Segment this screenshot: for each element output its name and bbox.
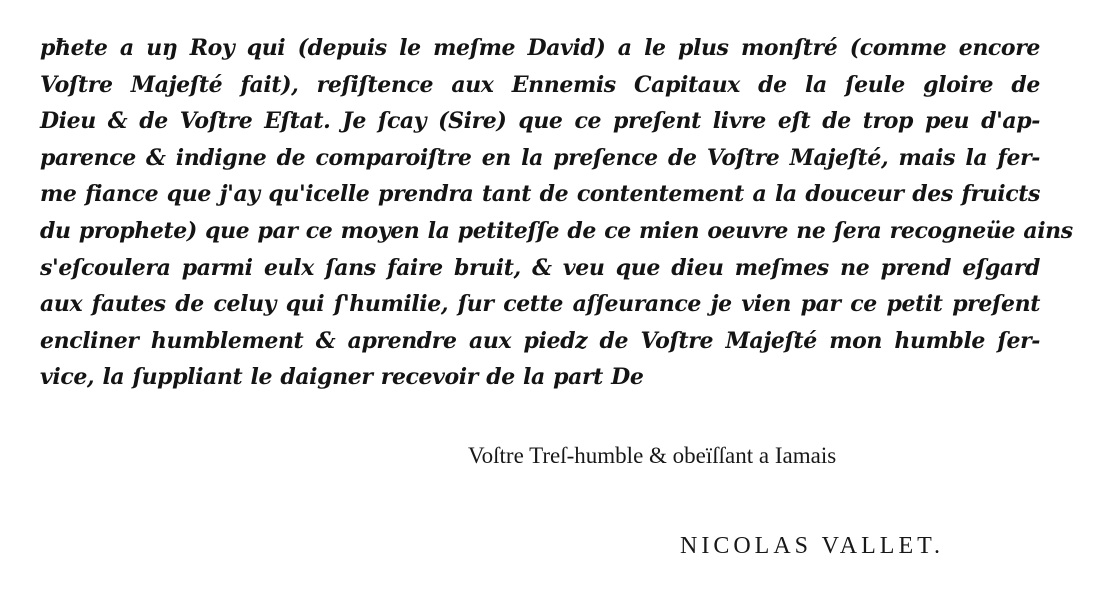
- scanned-page: pħete a uŋ Roy qui (depuis le meſme Davi…: [0, 0, 1100, 602]
- author-signature: NICOLAS VALLET.: [680, 533, 944, 560]
- closing-formula: Voſtre Treſ-humble & obeïſſant a Iamais: [468, 443, 836, 469]
- body-text: pħete a uŋ Roy qui (depuis le meſme Davi…: [40, 30, 1040, 396]
- text-line: du prophete) que par ce moyen la petiteſ…: [40, 213, 1040, 250]
- text-line: s'eſcoulera parmi eulx ſans faire bruit,…: [40, 250, 1040, 287]
- text-line: aux fautes de celuy qui ſ'humilie, ſur c…: [40, 286, 1040, 323]
- text-line: encliner humblement & aprendre aux piedz…: [40, 323, 1040, 360]
- text-line: vice, la ſuppliant le daigner recevoir d…: [40, 359, 1040, 396]
- text-line: pħete a uŋ Roy qui (depuis le meſme Davi…: [40, 30, 1040, 67]
- text-line: parence & indigne de comparoiſtre en la …: [40, 140, 1040, 177]
- text-line: me fiance que j'ay qu'icelle prendra tan…: [40, 176, 1040, 213]
- text-line: Dieu & de Voſtre Eſtat. Je ſcay (Sire) q…: [40, 103, 1040, 140]
- text-line: Voſtre Majeſté fait), reſiſtence aux Enn…: [40, 67, 1040, 104]
